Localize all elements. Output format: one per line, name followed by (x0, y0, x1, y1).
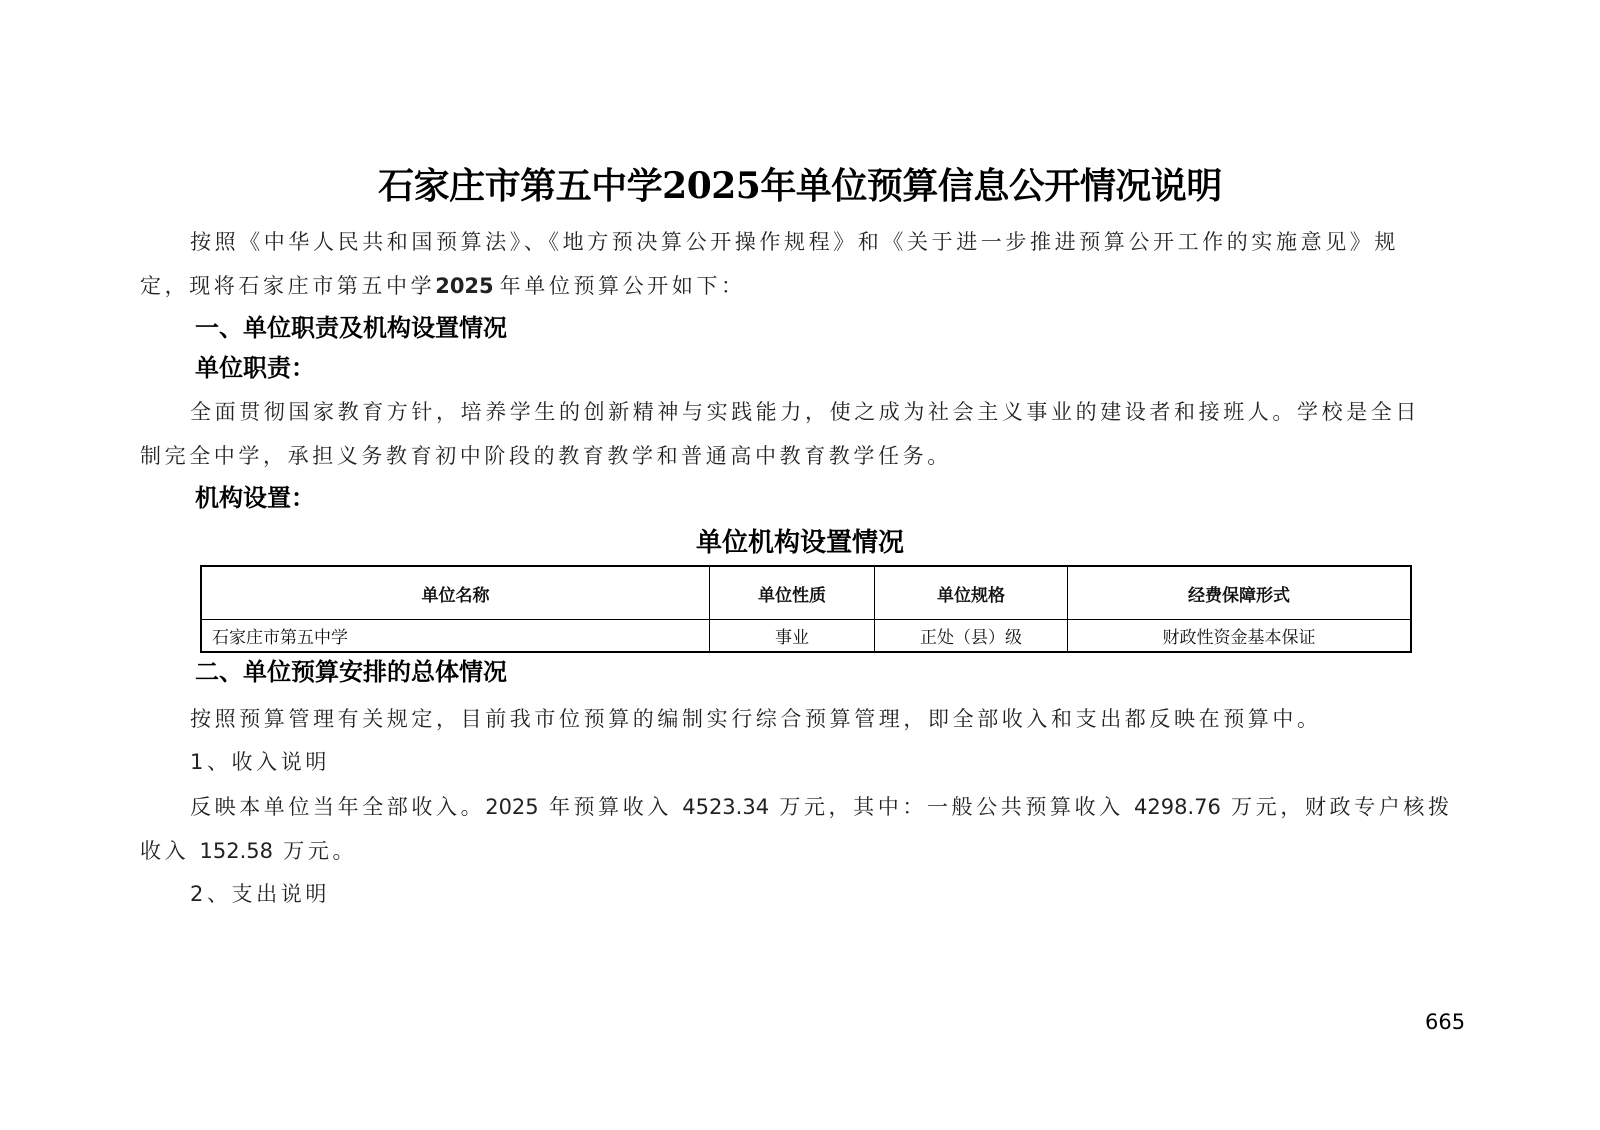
cell-unit-level: 正处（县）级 (875, 620, 1068, 653)
header-unit-name: 单位名称 (201, 566, 710, 620)
section-1-heading: 一、单位职责及机构设置情况 (195, 308, 507, 343)
income-heading: 1、收入说明 (190, 746, 330, 776)
income-line-1: 反映本单位当年全部收入。2025 年预算收入 4523.34 万元，其中：一般公… (190, 791, 1453, 821)
intro-line-2-prefix: 定，现将石家庄市第五中学 (140, 274, 435, 298)
section-2-heading: 二、单位预算安排的总体情况 (195, 652, 507, 687)
table-row: 石家庄市第五中学 事业 正处（县）级 财政性资金基本保证 (201, 620, 1411, 653)
income-text-b: 年预算收入 (549, 795, 672, 819)
intro-year: 2025 (435, 274, 493, 298)
header-unit-level: 单位规格 (875, 566, 1068, 620)
cell-unit-nature: 事业 (710, 620, 875, 653)
duties-line-2: 制完全中学，承担义务教育初中阶段的教育教学和普通高中教育教学任务。 (140, 440, 952, 470)
org-label: 机构设置： (195, 478, 315, 513)
intro-line-1: 按照《中华人民共和国预算法》、《地方预决算公开操作规程》和《关于进一步推进预算公… (190, 226, 1399, 256)
page-number: 665 (1425, 1010, 1465, 1034)
header-unit-nature: 单位性质 (710, 566, 875, 620)
income-special: 152.58 (199, 839, 272, 863)
duties-label: 单位职责： (195, 348, 315, 383)
document-title: 石家庄市第五中学2025年单位预算信息公开情况说明 (0, 158, 1600, 209)
income-year: 2025 (485, 795, 538, 819)
cell-funding-form: 财政性资金基本保证 (1068, 620, 1412, 653)
org-table: 单位名称 单位性质 单位规格 经费保障形式 石家庄市第五中学 事业 正处（县）级… (200, 565, 1412, 653)
duties-line-1: 全面贯彻国家教育方针，培养学生的创新精神与实践能力，使之成为社会主义事业的建设者… (190, 396, 1420, 426)
table-header-row: 单位名称 单位性质 单位规格 经费保障形式 (201, 566, 1411, 620)
income-total: 4523.34 (682, 795, 769, 819)
section-2-intro: 按照预算管理有关规定，目前我市位预算的编制实行综合预算管理，即全部收入和支出都反… (190, 703, 1322, 733)
intro-line-2: 定，现将石家庄市第五中学2025年单位预算公开如下： (140, 270, 746, 300)
income-text-e: 收入 (140, 839, 189, 863)
table-title: 单位机构设置情况 (0, 522, 1600, 559)
cell-unit-name: 石家庄市第五中学 (201, 620, 710, 653)
header-funding-form: 经费保障形式 (1068, 566, 1412, 620)
income-text-f: 万元。 (283, 839, 357, 863)
income-text-d: 万元，财政专户核拨 (1231, 795, 1452, 819)
income-text-c: 万元，其中：一般公共预算收入 (779, 795, 1123, 819)
expense-heading: 2、支出说明 (190, 878, 330, 908)
income-general: 4298.76 (1134, 795, 1221, 819)
income-line-2: 收入 152.58 万元。 (140, 835, 357, 865)
income-text-a: 反映本单位当年全部收入。 (190, 795, 485, 819)
intro-line-2-suffix: 年单位预算公开如下： (500, 274, 746, 298)
